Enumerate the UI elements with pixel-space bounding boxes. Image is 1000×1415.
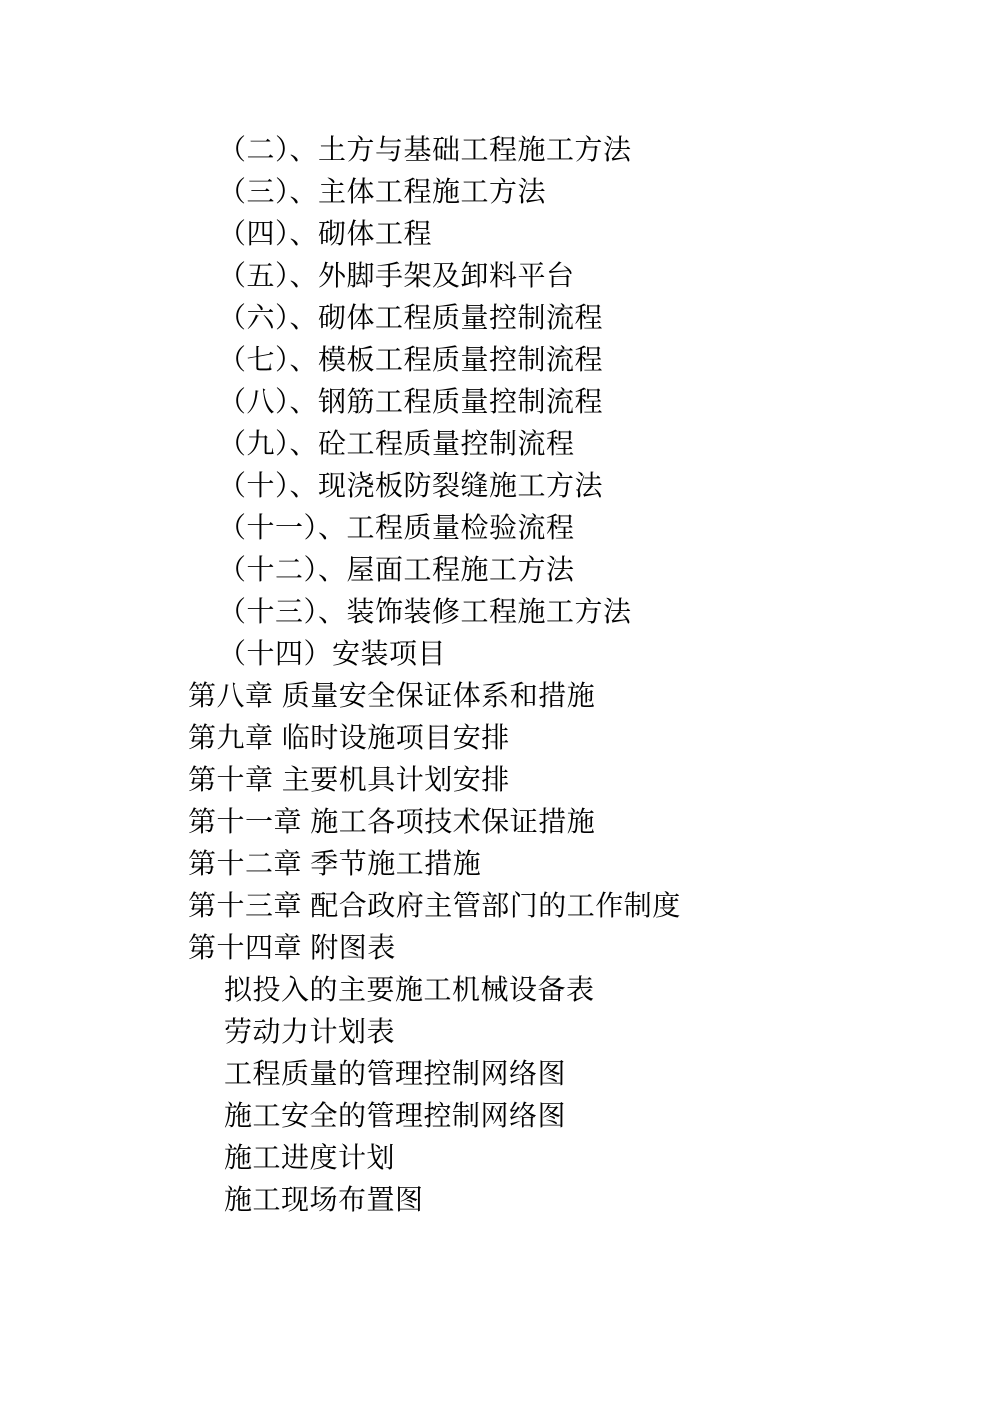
table-of-contents: （二）、土方与基础工程施工方法 （三）、主体工程施工方法 （四）、砌体工程 （五…	[0, 129, 1000, 1221]
toc-item-quality-network: 工程质量的管理控制网络图	[0, 1053, 1000, 1095]
toc-item-section-13: （十三）、装饰装修工程施工方法	[0, 591, 1000, 633]
toc-item-chapter-8: 第八章 质量安全保证体系和措施	[0, 675, 1000, 717]
toc-item-site-layout: 施工现场布置图	[0, 1179, 1000, 1221]
toc-item-section-11: （十一）、工程质量检验流程	[0, 507, 1000, 549]
toc-item-section-12: （十二）、屋面工程施工方法	[0, 549, 1000, 591]
toc-item-schedule-plan: 施工进度计划	[0, 1137, 1000, 1179]
toc-item-section-6: （六）、砌体工程质量控制流程	[0, 297, 1000, 339]
toc-item-section-4: （四）、砌体工程	[0, 213, 1000, 255]
toc-item-labor-plan: 劳动力计划表	[0, 1011, 1000, 1053]
toc-item-section-9: （九）、砼工程质量控制流程	[0, 423, 1000, 465]
document-page: （二）、土方与基础工程施工方法 （三）、主体工程施工方法 （四）、砌体工程 （五…	[0, 0, 1000, 1415]
toc-item-section-2: （二）、土方与基础工程施工方法	[0, 129, 1000, 171]
toc-item-section-3: （三）、主体工程施工方法	[0, 171, 1000, 213]
toc-item-section-10: （十）、现浇板防裂缝施工方法	[0, 465, 1000, 507]
toc-item-section-5: （五）、外脚手架及卸料平台	[0, 255, 1000, 297]
toc-item-chapter-10: 第十章 主要机具计划安排	[0, 759, 1000, 801]
toc-item-section-7: （七）、模板工程质量控制流程	[0, 339, 1000, 381]
toc-item-section-8: （八）、钢筋工程质量控制流程	[0, 381, 1000, 423]
toc-item-chapter-9: 第九章 临时设施项目安排	[0, 717, 1000, 759]
toc-item-chapter-14: 第十四章 附图表	[0, 927, 1000, 969]
toc-item-chapter-13: 第十三章 配合政府主管部门的工作制度	[0, 885, 1000, 927]
toc-item-section-14: （十四）安装项目	[0, 633, 1000, 675]
toc-item-chapter-12: 第十二章 季节施工措施	[0, 843, 1000, 885]
toc-item-chapter-11: 第十一章 施工各项技术保证措施	[0, 801, 1000, 843]
toc-item-machinery-table: 拟投入的主要施工机械设备表	[0, 969, 1000, 1011]
toc-item-safety-network: 施工安全的管理控制网络图	[0, 1095, 1000, 1137]
